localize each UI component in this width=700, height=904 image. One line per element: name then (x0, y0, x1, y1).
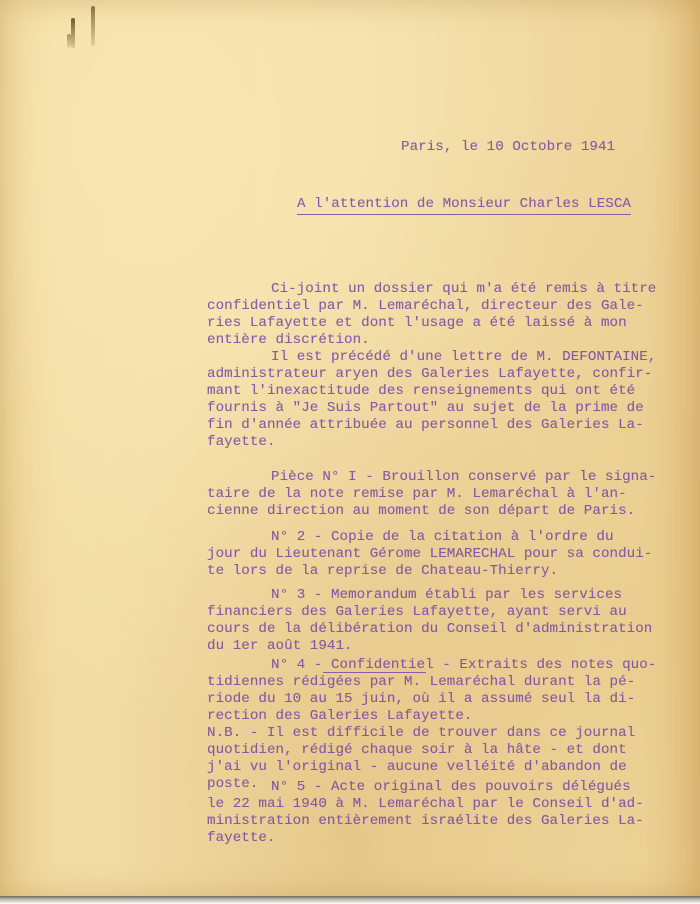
text-line: administrateur aryen des Galeries Lafaye… (207, 366, 652, 383)
text-line: le 22 mai 1940 à M. Lemaréchal par le Co… (207, 796, 644, 813)
text-line: entière discrétion. (207, 332, 370, 349)
text-line: riode du 10 au 15 juin, où il a assumé s… (207, 691, 635, 708)
text-line: ries Lafayette et dont l'usage a été lai… (207, 315, 627, 332)
text-line: fayette. (207, 830, 276, 847)
text-line: rection des Galeries Lafayette. (207, 708, 472, 725)
text-line: fin d'année attribuée au personnel des G… (207, 417, 644, 434)
text-line: Ci-joint un dossier qui m'a été remis à … (271, 281, 656, 298)
text-line: fournis à "Je Suis Partout" au sujet de … (207, 400, 644, 417)
text-line: tidiennes rédigées par M. Lemaréchal dur… (207, 674, 635, 691)
text-line: j'ai vu l'original - aucune velléité d'a… (207, 759, 627, 776)
text-line: N° 5 - Acte original des pouvoirs délégu… (271, 779, 631, 796)
text-line: mant l'inexactitude des renseignements q… (207, 383, 635, 400)
text-line: fayette. (207, 434, 276, 451)
text-line: cienne direction au moment de son départ… (207, 503, 635, 520)
text-line: N° 2 - Copie de la citation à l'ordre du (271, 529, 614, 546)
nb-note-line: N.B. - Il est difficile de trouver dans … (207, 725, 635, 742)
text-line: taire de la note remise par M. Lemarécha… (207, 486, 627, 503)
text-line: du 1er août 1941. (207, 638, 353, 655)
text-line: confidentiel par M. Lemaréchal, directeu… (207, 298, 644, 315)
text-line: quotidien, rédigé chaque soir à la hâte … (207, 742, 627, 759)
attention-line: A l'attention de Monsieur Charles LESCA (297, 196, 631, 215)
confidentiel-underline (323, 657, 426, 673)
text-line: N° 3 - Memorandum établi par les service… (271, 587, 622, 604)
text-line: ministration entièrement israélite des G… (207, 813, 644, 830)
text-line: te lors de la reprise de Chateau-Thierry… (207, 563, 558, 580)
text-line: poste. (207, 776, 258, 793)
letter-document: Paris, le 10 Octobre 1941 A l'attention … (0, 0, 700, 898)
text-line: Il est précédé d'une lettre de M. DEFONT… (271, 349, 656, 366)
text-line: cours de la délibération du Conseil d'ad… (207, 621, 652, 638)
text-line: financiers des Galeries Lafayette, ayant… (207, 604, 627, 621)
place-date: Paris, le 10 Octobre 1941 (401, 139, 615, 156)
text-line: jour du Lieutenant Gérome LEMARECHAL pou… (207, 546, 652, 563)
text-line: Pièce N° I - Brouillon conservé par le s… (271, 469, 656, 486)
